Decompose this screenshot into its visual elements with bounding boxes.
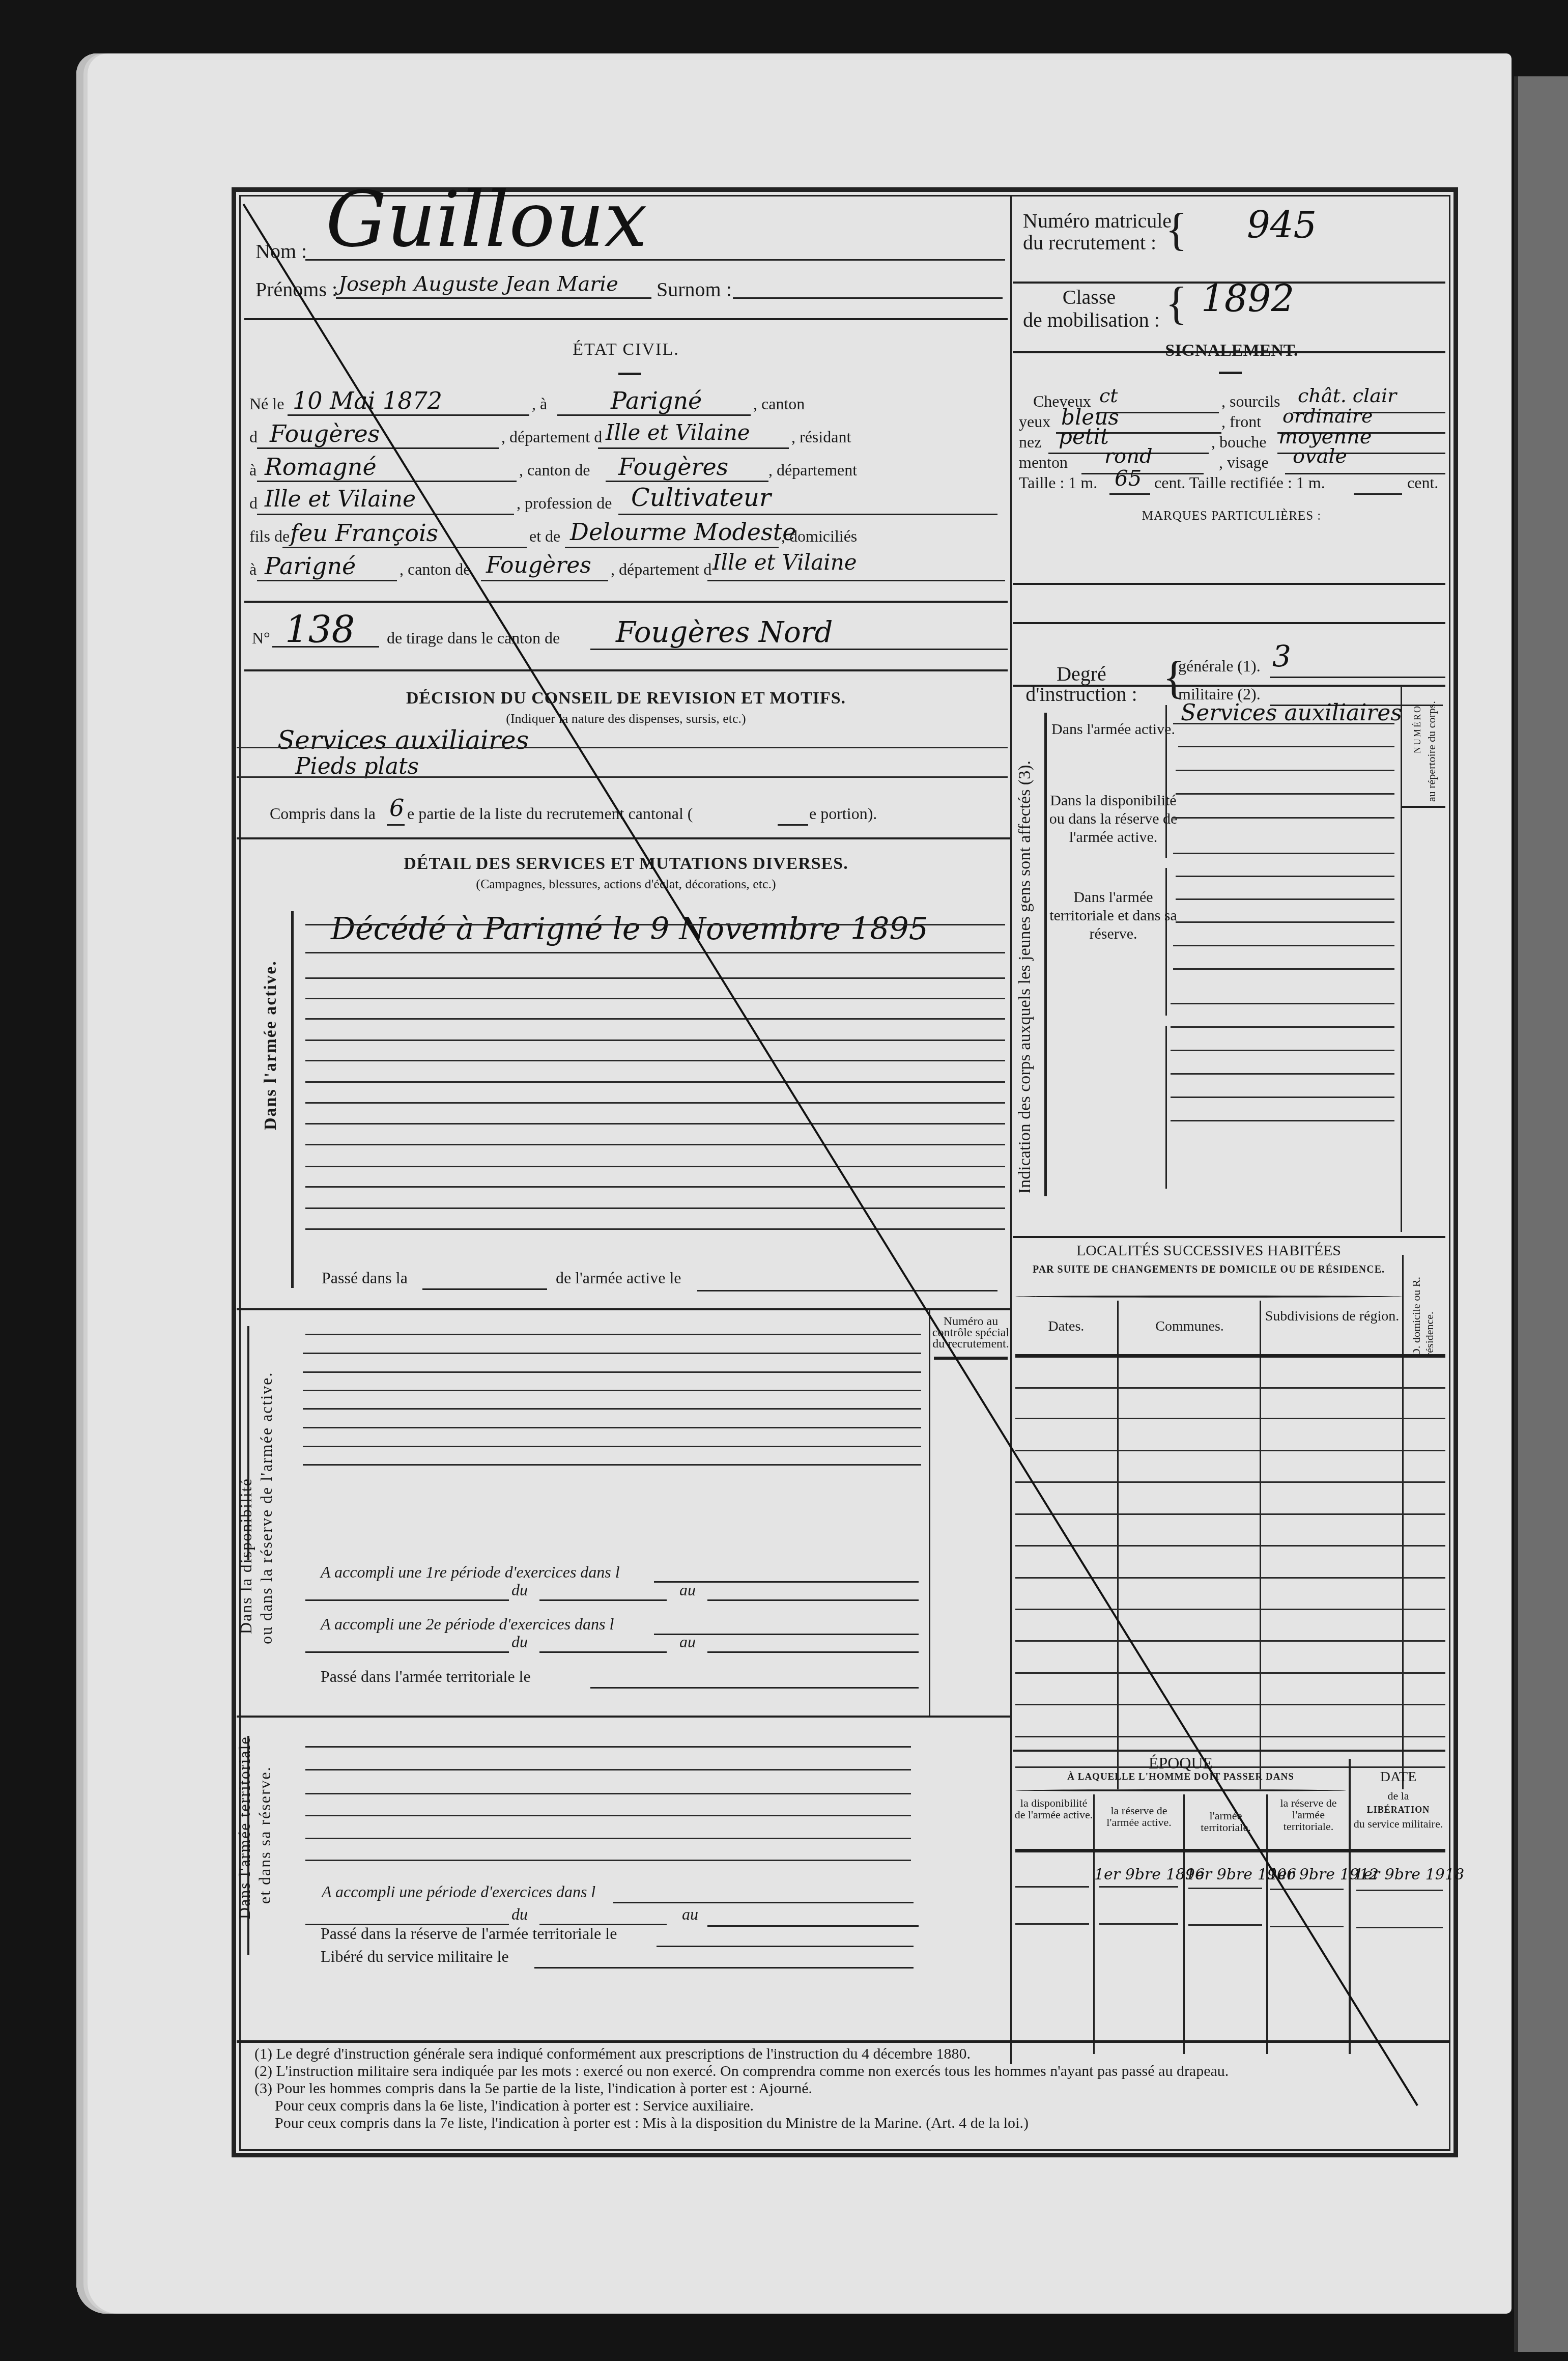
- active-side-label: Dans l'armée active.: [261, 960, 280, 1130]
- et-de-label: et de: [529, 527, 560, 546]
- footnote-4: Pour ceux compris dans la 6e liste, l'in…: [275, 2097, 754, 2115]
- affect-rule: [1176, 921, 1394, 923]
- col-divider: [1093, 1794, 1095, 2054]
- col-divider: [1266, 1794, 1268, 2054]
- services-rule: [305, 1039, 1005, 1041]
- departement3-label: , département d: [611, 560, 711, 579]
- front-label: , front: [1221, 412, 1261, 431]
- services-subtitle: (Campagnes, blessures, actions d'éclat, …: [244, 877, 1008, 892]
- canton-de2-label: , canton de: [400, 560, 471, 579]
- epoque-col-3: l'armée territoriale.: [1186, 1810, 1266, 1833]
- brace-line: [1165, 705, 1167, 858]
- nez-value: petit: [1059, 424, 1109, 449]
- parents-departement-value: Ille et Vilaine: [712, 550, 857, 575]
- periode1-au-field[interactable]: [707, 1577, 919, 1601]
- services-rule: [305, 1228, 1005, 1230]
- passe-mid-label: de l'armée active le: [556, 1269, 681, 1287]
- affect-rule: [1176, 876, 1394, 877]
- sourcils-label: , sourcils: [1221, 392, 1280, 411]
- taille-label: Taille : 1 m.: [1019, 473, 1097, 492]
- footnotes-divider: [237, 2040, 1450, 2043]
- title-rule: [618, 373, 641, 375]
- passe-terr-field[interactable]: [590, 1665, 919, 1689]
- epoque-rule: [1015, 1923, 1089, 1925]
- divider: [244, 669, 1008, 671]
- tirage-number-value: 138: [285, 608, 355, 651]
- terr-rule: [305, 1746, 911, 1748]
- localites-row-rule: [1015, 1387, 1445, 1389]
- bouche-label: , bouche: [1211, 433, 1266, 452]
- dispo-side-label-1: Dans la disponibilité: [236, 1478, 256, 1634]
- affect-rule: [1171, 1073, 1394, 1075]
- localites-row-rule: [1015, 1545, 1445, 1547]
- compris-label: Compris dans la: [270, 804, 376, 823]
- front-value: ordinaire: [1282, 405, 1373, 427]
- terr-side-label-1: Dans l'armée territoriale: [235, 1736, 254, 1919]
- localites-row-rule: [1015, 1513, 1445, 1515]
- visage-value: ovale: [1293, 444, 1347, 468]
- residant-label: , résidant: [791, 428, 851, 446]
- header-rule: [1015, 1354, 1445, 1358]
- periode1-lieu-field[interactable]: [305, 1577, 509, 1601]
- epoque-col-2: la réserve de l'armée active.: [1095, 1805, 1183, 1828]
- visage-label: , visage: [1219, 453, 1269, 472]
- nez-label: nez: [1019, 433, 1041, 452]
- taille-value: 65: [1115, 466, 1142, 491]
- header-brace: [1015, 1296, 1402, 1298]
- marques-label: MARQUES PARTICULIÈRES :: [1013, 509, 1450, 523]
- brace-line: [1165, 1026, 1167, 1189]
- passe-terr-label: Passé dans l'armée territoriale le: [321, 1667, 531, 1686]
- numero-sub-label: au répertoire du corps.: [1425, 701, 1438, 802]
- footnote-5: Pour ceux compris dans la 7e liste, l'in…: [275, 2115, 1029, 2132]
- localites-row-rule: [1015, 1736, 1445, 1737]
- header-rule: [934, 1357, 1008, 1360]
- a-label: , à: [532, 395, 547, 413]
- epoque-rule: [1015, 1886, 1089, 1888]
- services-rule: [305, 1166, 1005, 1167]
- decision-title: DÉCISION DU CONSEIL DE REVISION ET MOTIF…: [244, 689, 1008, 708]
- no-label: N°: [252, 629, 270, 648]
- birth-departement-value: Ille et Vilaine: [606, 420, 750, 445]
- terr-rule: [305, 1793, 911, 1794]
- periode-terr-label: A accompli une période d'exercices dans …: [322, 1882, 595, 1901]
- yeux-label: yeux: [1019, 412, 1050, 431]
- generale-value: 3: [1272, 639, 1291, 673]
- affect-rule: [1176, 793, 1394, 795]
- terr-rule: [305, 1769, 911, 1770]
- liberation-title: DATE: [1351, 1769, 1445, 1785]
- taille-rectifiee-field[interactable]: [1354, 471, 1402, 495]
- footnote-3: (3) Pour les hommes compris dans la 5e p…: [254, 2080, 812, 2097]
- divider: [1013, 583, 1445, 585]
- decision-line-2: Pieds plats: [295, 753, 419, 779]
- col-divider: [1349, 1759, 1351, 2054]
- services-entry-1: Décédé à Parigné le 9 Novembre 1895: [331, 911, 928, 947]
- section-brace: [291, 911, 294, 1288]
- affect-rule: [1178, 746, 1394, 747]
- services-title: DÉTAIL DES SERVICES ET MUTATIONS DIVERSE…: [244, 854, 1008, 874]
- localites-row-rule: [1015, 1481, 1445, 1483]
- periode1-du-field[interactable]: [539, 1577, 667, 1601]
- portion-label: e portion).: [809, 804, 877, 823]
- passe-reserve-terr-field[interactable]: [657, 1923, 914, 1947]
- partie-value: 6: [389, 794, 404, 822]
- d-label: d: [249, 428, 258, 446]
- divider: [1013, 685, 1445, 687]
- col-subdivisions: Subdivisions de région.: [1262, 1308, 1402, 1325]
- localites-row-rule: [1015, 1672, 1445, 1674]
- periode2-au-field[interactable]: [707, 1629, 919, 1653]
- affectation-brace: [1044, 713, 1047, 1196]
- decision-subtitle: (Indiquer la nature des dispenses, sursi…: [244, 711, 1008, 726]
- signalement-title: SIGNALEMENT.: [1013, 341, 1450, 360]
- header-brace: [1015, 1789, 1346, 1791]
- divider: [244, 318, 1008, 320]
- affect-rule: [1171, 1050, 1394, 1051]
- col-domicile: D. domicile ou R. résidence.: [1410, 1270, 1436, 1357]
- affect-rule: [1173, 723, 1394, 724]
- parents-domicile-value: Parigné: [265, 552, 356, 580]
- residence-canton-value: Fougères: [618, 453, 728, 481]
- classe-value: 1892: [1201, 277, 1294, 320]
- services-rule: [305, 1144, 1005, 1145]
- localites-row-rule: [1015, 1704, 1445, 1705]
- partie-label: e partie de la liste du recrutement cant…: [407, 804, 693, 823]
- services-rule: [305, 952, 1005, 953]
- passe-reserve-terr-label: Passé dans la réserve de l'armée territo…: [321, 1924, 617, 1943]
- affect-rule: [1173, 945, 1394, 946]
- dispo-rule: [303, 1446, 921, 1447]
- menton-value: rond: [1104, 444, 1153, 468]
- birth-place-value: Parigné: [611, 387, 702, 414]
- dispo-rule: [305, 1334, 921, 1335]
- epoque-col-1: la disponibilité de l'armée active.: [1014, 1797, 1093, 1820]
- epoque-col-4: la réserve de l'armée territoriale.: [1268, 1797, 1349, 1832]
- classe-label-2: de mobilisation :: [1023, 308, 1155, 332]
- terr-rule: [305, 1838, 911, 1839]
- liberation-sub-1: de la: [1351, 1789, 1445, 1803]
- periode-terr-du-field[interactable]: [539, 1901, 667, 1925]
- menton-label: menton: [1019, 453, 1068, 472]
- affect-rule: [1171, 1026, 1394, 1028]
- brace-icon: {: [1165, 277, 1187, 330]
- departement2-label: , département: [768, 461, 857, 480]
- periode2-lieu-field[interactable]: [305, 1629, 509, 1653]
- birth-date-value: 10 Mai 1872: [293, 387, 442, 414]
- cent2-label: cent.: [1407, 473, 1438, 492]
- affect-dispo-label: Dans la disponibilité ou dans la réserve…: [1048, 792, 1178, 847]
- affect-terr-label: Dans l'armée territoriale et dans sa rés…: [1048, 888, 1178, 943]
- nom-label: Nom :: [255, 239, 307, 263]
- birth-canton-value: Fougères: [270, 420, 380, 447]
- affect-active-entry: Services auxiliaires: [1181, 700, 1402, 726]
- parents-canton-value: Fougères: [486, 552, 591, 578]
- divider: [1401, 806, 1445, 808]
- dispo-side-label-2: ou dans la réserve de l'armée active.: [257, 1371, 276, 1644]
- epoque-subtitle: À LAQUELLE L'HOMME DOIT PASSER DANS: [1013, 1772, 1349, 1783]
- periode2-du-field[interactable]: [539, 1629, 667, 1653]
- cheveux-value: ct: [1099, 384, 1118, 407]
- classe-label-1: Classe: [1023, 285, 1155, 309]
- dispo-rule: [303, 1464, 921, 1466]
- matricule-label-1: Numéro matricule: [1023, 209, 1155, 233]
- dispo-rule: [303, 1427, 921, 1428]
- divider: [237, 837, 1010, 839]
- epoque-rule: [1356, 1927, 1443, 1928]
- divider: [237, 1716, 1010, 1718]
- column-divider: [1010, 196, 1012, 2064]
- services-rule: [305, 1207, 1005, 1209]
- liberation-value: 1er 9bre 1918: [1354, 1866, 1464, 1884]
- header-rule: [1015, 1849, 1445, 1852]
- ne-le-label: Né le: [249, 395, 284, 413]
- profession-value: Cultivateur: [631, 484, 771, 512]
- etat-civil-title: ÉTAT CIVIL.: [244, 340, 1008, 359]
- cent-label: cent. Taille rectifiée : 1 m.: [1154, 473, 1325, 492]
- affect-rule: [1176, 898, 1394, 900]
- numero-controle-label: Numéro au contrôle spécial du recrutemen…: [931, 1316, 1010, 1350]
- passe-label: Passé dans la: [322, 1269, 408, 1287]
- col-dates: Dates.: [1015, 1318, 1117, 1335]
- divider: [1013, 1236, 1445, 1238]
- matricule-label-2: du recrutement :: [1023, 231, 1155, 255]
- divider: [1013, 622, 1445, 624]
- affect-active-label: Dans l'armée active.: [1048, 720, 1178, 739]
- decision-rule-1: [237, 747, 1008, 748]
- dispo-rule: [303, 1371, 921, 1373]
- epoque-title: ÉPOQUE: [1013, 1754, 1349, 1773]
- services-rule: [305, 1102, 1005, 1104]
- libere-field[interactable]: [534, 1945, 914, 1969]
- localites-row-rule: [1015, 1640, 1445, 1642]
- dispo-rule: [303, 1353, 921, 1354]
- generale-label: générale (1).: [1178, 657, 1261, 676]
- terr-rule: [305, 1860, 911, 1861]
- services-rule: [305, 1018, 1005, 1020]
- services-rule: [305, 998, 1005, 999]
- tirage-canton-value: Fougères Nord: [616, 616, 833, 649]
- epoque-rule: [1099, 1886, 1178, 1888]
- au3-label: au: [682, 1905, 698, 1924]
- periode-terr-lieu-field[interactable]: [305, 1901, 509, 1925]
- localites-title: LOCALITÉS SUCCESSIVES HABITÉES: [1013, 1242, 1405, 1259]
- col-divider: [1183, 1794, 1185, 2054]
- localites-row-rule: [1015, 1418, 1445, 1419]
- profession-label: , profession de: [517, 494, 612, 513]
- surnom-label: Surnom :: [657, 277, 732, 301]
- numero-controle-divider: [929, 1308, 930, 1716]
- au-label: au: [679, 1581, 696, 1599]
- mother-value: Delourme Modeste: [570, 518, 796, 546]
- affect-rule: [1171, 1003, 1394, 1004]
- liberation-sub-2: LIBÉRATION: [1351, 1805, 1445, 1815]
- tirage-label: de tirage dans le canton de: [387, 629, 560, 648]
- terr-rule: [305, 1815, 911, 1816]
- services-rule: [305, 977, 1005, 979]
- epoque-rule: [1099, 1923, 1178, 1925]
- footnote-2: (2) L'instruction militaire sera indiqué…: [254, 2063, 1229, 2080]
- passe-date-field[interactable]: [697, 1268, 997, 1291]
- affect-rule: [1173, 817, 1394, 819]
- services-rule: [305, 1186, 1005, 1188]
- liberation-sub-3: du service militaire.: [1351, 1817, 1445, 1831]
- title-rule: [1219, 372, 1242, 374]
- affect-rule: [1171, 1097, 1394, 1098]
- services-rule: [305, 924, 1005, 925]
- divider: [237, 1308, 1010, 1310]
- libere-label: Libéré du service militaire le: [321, 1947, 509, 1966]
- sourcils-value: chât. clair: [1298, 384, 1396, 407]
- col-divider: [1402, 1255, 1404, 1789]
- canton-de-label: , canton de: [519, 461, 590, 480]
- epoque-rule: [1270, 1889, 1344, 1890]
- nom-value: Guilloux: [326, 176, 647, 264]
- a3-label: à: [249, 560, 256, 579]
- canton-label: , canton: [753, 395, 805, 413]
- residence-value: Romagné: [265, 453, 377, 481]
- father-value: feu François: [290, 519, 438, 547]
- services-rule: [305, 1123, 1005, 1125]
- localites-subtitle: PAR SUITE DE CHANGEMENTS DE DOMICILE OU …: [1013, 1264, 1405, 1276]
- affect-rule: [1176, 770, 1394, 771]
- periode-terr-field[interactable]: [613, 1879, 914, 1903]
- epoque-rule: [1188, 1924, 1262, 1926]
- affect-rule: [1173, 853, 1394, 854]
- numero-repertoire-divider: [1401, 687, 1402, 1232]
- epoque-rule: [1356, 1890, 1443, 1891]
- decision-rule-2: [237, 776, 1008, 778]
- domicilies-label: , domiciliés: [781, 527, 857, 546]
- numero-label: NUMÉRO: [1412, 705, 1423, 753]
- passe-field[interactable]: [422, 1266, 547, 1290]
- affect-rule: [1171, 1120, 1394, 1121]
- adjacent-page-edge: [1514, 76, 1568, 2352]
- divider: [244, 601, 1008, 603]
- footnote-1: (1) Le degré d'instruction générale sera…: [254, 2045, 971, 2063]
- departement-label: , département d: [501, 428, 602, 446]
- affectation-side-label: Indication des corps auxquels les jeunes…: [1015, 761, 1035, 1194]
- col-communes: Communes.: [1120, 1318, 1260, 1335]
- d2-label: d: [249, 494, 258, 513]
- du-label: du: [511, 1581, 528, 1599]
- residence-departement-value: Ille et Vilaine: [265, 486, 416, 512]
- epoque-rule: [1188, 1888, 1262, 1889]
- dispo-rule: [303, 1408, 921, 1410]
- brace-line: [1165, 868, 1167, 1016]
- localites-row-rule: [1015, 1577, 1445, 1579]
- services-rule: [305, 1081, 1005, 1083]
- matricule-value: 945: [1247, 204, 1317, 246]
- a2-label: à: [249, 461, 256, 480]
- du2-label: du: [511, 1633, 528, 1651]
- divider: [1013, 1750, 1445, 1752]
- du3-label: du: [511, 1905, 528, 1924]
- terr-side-label-2: et dans sa réserve.: [255, 1766, 274, 1904]
- portion-field[interactable]: [778, 802, 808, 826]
- localites-row-rule: [1015, 1609, 1445, 1610]
- localites-row-rule: [1015, 1450, 1445, 1451]
- prenoms-value: Joseph Auguste Jean Marie: [338, 272, 618, 296]
- surnom-field[interactable]: [733, 275, 1003, 299]
- generale-field[interactable]: [1270, 654, 1445, 678]
- dispo-rule: [303, 1390, 921, 1391]
- brace-icon: {: [1165, 204, 1187, 256]
- decision-line-1: Services auxiliaires: [277, 725, 529, 755]
- affect-rule: [1173, 968, 1394, 970]
- au2-label: au: [679, 1633, 696, 1651]
- services-rule: [305, 1060, 1005, 1061]
